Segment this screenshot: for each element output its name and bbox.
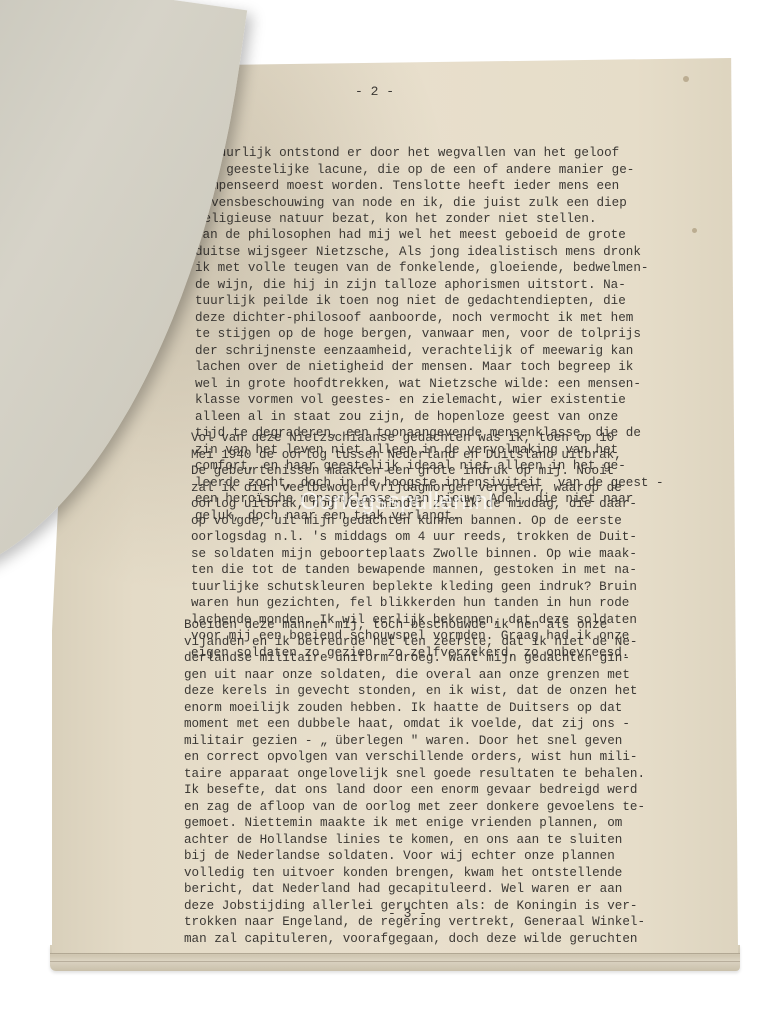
text-line: derlandse militaire uniform droeg. Want … [184,650,704,667]
text-line: gen uit naar onze soldaten, die overal a… [184,667,704,684]
text-line: moment met een dubbele haat, omdat ik vo… [184,716,704,733]
text-line: Vol van deze Nietzschiaanse gedachten wa… [191,430,711,447]
text-line: deze dichter-philosoof aanboorde, noch v… [195,310,715,327]
text-line: en correct opvolgen van verschillende or… [184,749,704,766]
paragraph-1: Natuurlijk ontstond er door het wegvalle… [196,145,716,228]
text-line: duitse wijsgeer Nietzsche, Als jong idea… [195,244,715,261]
text-line: volledig ten uitvoer konden brengen, kwa… [184,865,704,882]
text-line: ik met volle teugen van de fonkelende, g… [195,260,715,277]
text-line: der schrijnenste eenzaamheid, verachteli… [195,343,715,360]
text-line: levensbeschouwing van node en ik, die ju… [196,195,716,212]
text-line: Ik besefte, dat ons land door een enorm … [184,782,704,799]
text-line: tuurlijk peilde ik toen nog niet de geda… [195,293,715,310]
text-line: achter de Hollandse linies te komen, en … [184,832,704,849]
spot-stain [683,76,689,82]
text-line: een geestelijke lacune, die op de een of… [196,162,716,179]
text-line: deze kerels in gevecht stonden, en ik wi… [184,683,704,700]
text-line: wel in grote hoofdtrekken, wat Nietzsche… [195,376,715,393]
text-line: Van de philosophen had mij wel het meest… [195,227,715,244]
text-line: ten die tot de tanden bewapende mannen, … [191,562,711,579]
text-line: bericht, dat Nederland had gecapituleerd… [184,881,704,898]
text-line: De gebeurtenissen maakten een grote indr… [191,463,711,480]
text-line: oorlogsdag n.l. 's middags om 4 uur reed… [191,529,711,546]
text-line: taire apparaat ongelovelijk snel goede r… [184,766,704,783]
text-line: man zal capituleren, voorafgegaan, doch … [184,931,704,948]
text-line: te stijgen op de hoge bergen, vanwaar me… [195,326,715,343]
text-line: tuurlijke schutskleuren beplekte kleding… [191,579,711,596]
text-line: klasse vormen vol geestes- en zielemacht… [195,392,715,409]
text-line: de wijn, die hij in zijn talloze aphoris… [195,277,715,294]
text-line: Mei 1940 de oorlog tussen Nederland en D… [191,447,711,464]
text-line: enorm moeilijk zouden hebben. Ik haatte … [184,700,704,717]
text-line: vijanden en ik betreurde het ten zeerste… [184,634,704,651]
text-line: en zag de afloop van de oorlog met zeer … [184,799,704,816]
text-line: zal ik dien veelbewogen Vrijdagmorgen ve… [191,480,711,497]
header-page-number: - 2 - [355,84,394,99]
text-line: se soldaten mijn geboorteplaats Zwolle b… [191,546,711,563]
bleed-through-text [23,0,184,106]
text-line: bij de Nederlandse soldaten. Voor wij ec… [184,848,704,865]
text-line: waren hun gezichten, fel blikkerden hun … [191,595,711,612]
text-line: militair gezien - „ überlegen " waren. D… [184,733,704,750]
text-line: trokken naar Engeland, de regering vertr… [184,914,704,931]
text-line: deze Jobstijding allerlei geruchten als:… [184,898,704,915]
text-line: lachen over de nietigheid der mensen. Ma… [195,359,715,376]
text-line: oorlog uitbrak, nog veel minder zal ik d… [191,496,711,513]
footer-page-number: - 3 - [388,906,427,921]
paragraph-4: Boeiden deze mannen mij, toch beschouwde… [184,617,704,947]
text-line: op volgde, uit mijn gedachten kunnen ban… [191,513,711,530]
text-line: alleen al in staat zou zijn, de hopenloz… [195,409,715,426]
text-line: religieuse natuur bezat, kon het zonder … [196,211,716,228]
text-line: Natuurlijk ontstond er door het wegvalle… [196,145,716,162]
text-line: gemoet. Niettemin maakte ik met enige vr… [184,815,704,832]
text-line: compenseerd moest worden. Tenslotte heef… [196,178,716,195]
text-line: Boeiden deze mannen mij, toch beschouwde… [184,617,704,634]
